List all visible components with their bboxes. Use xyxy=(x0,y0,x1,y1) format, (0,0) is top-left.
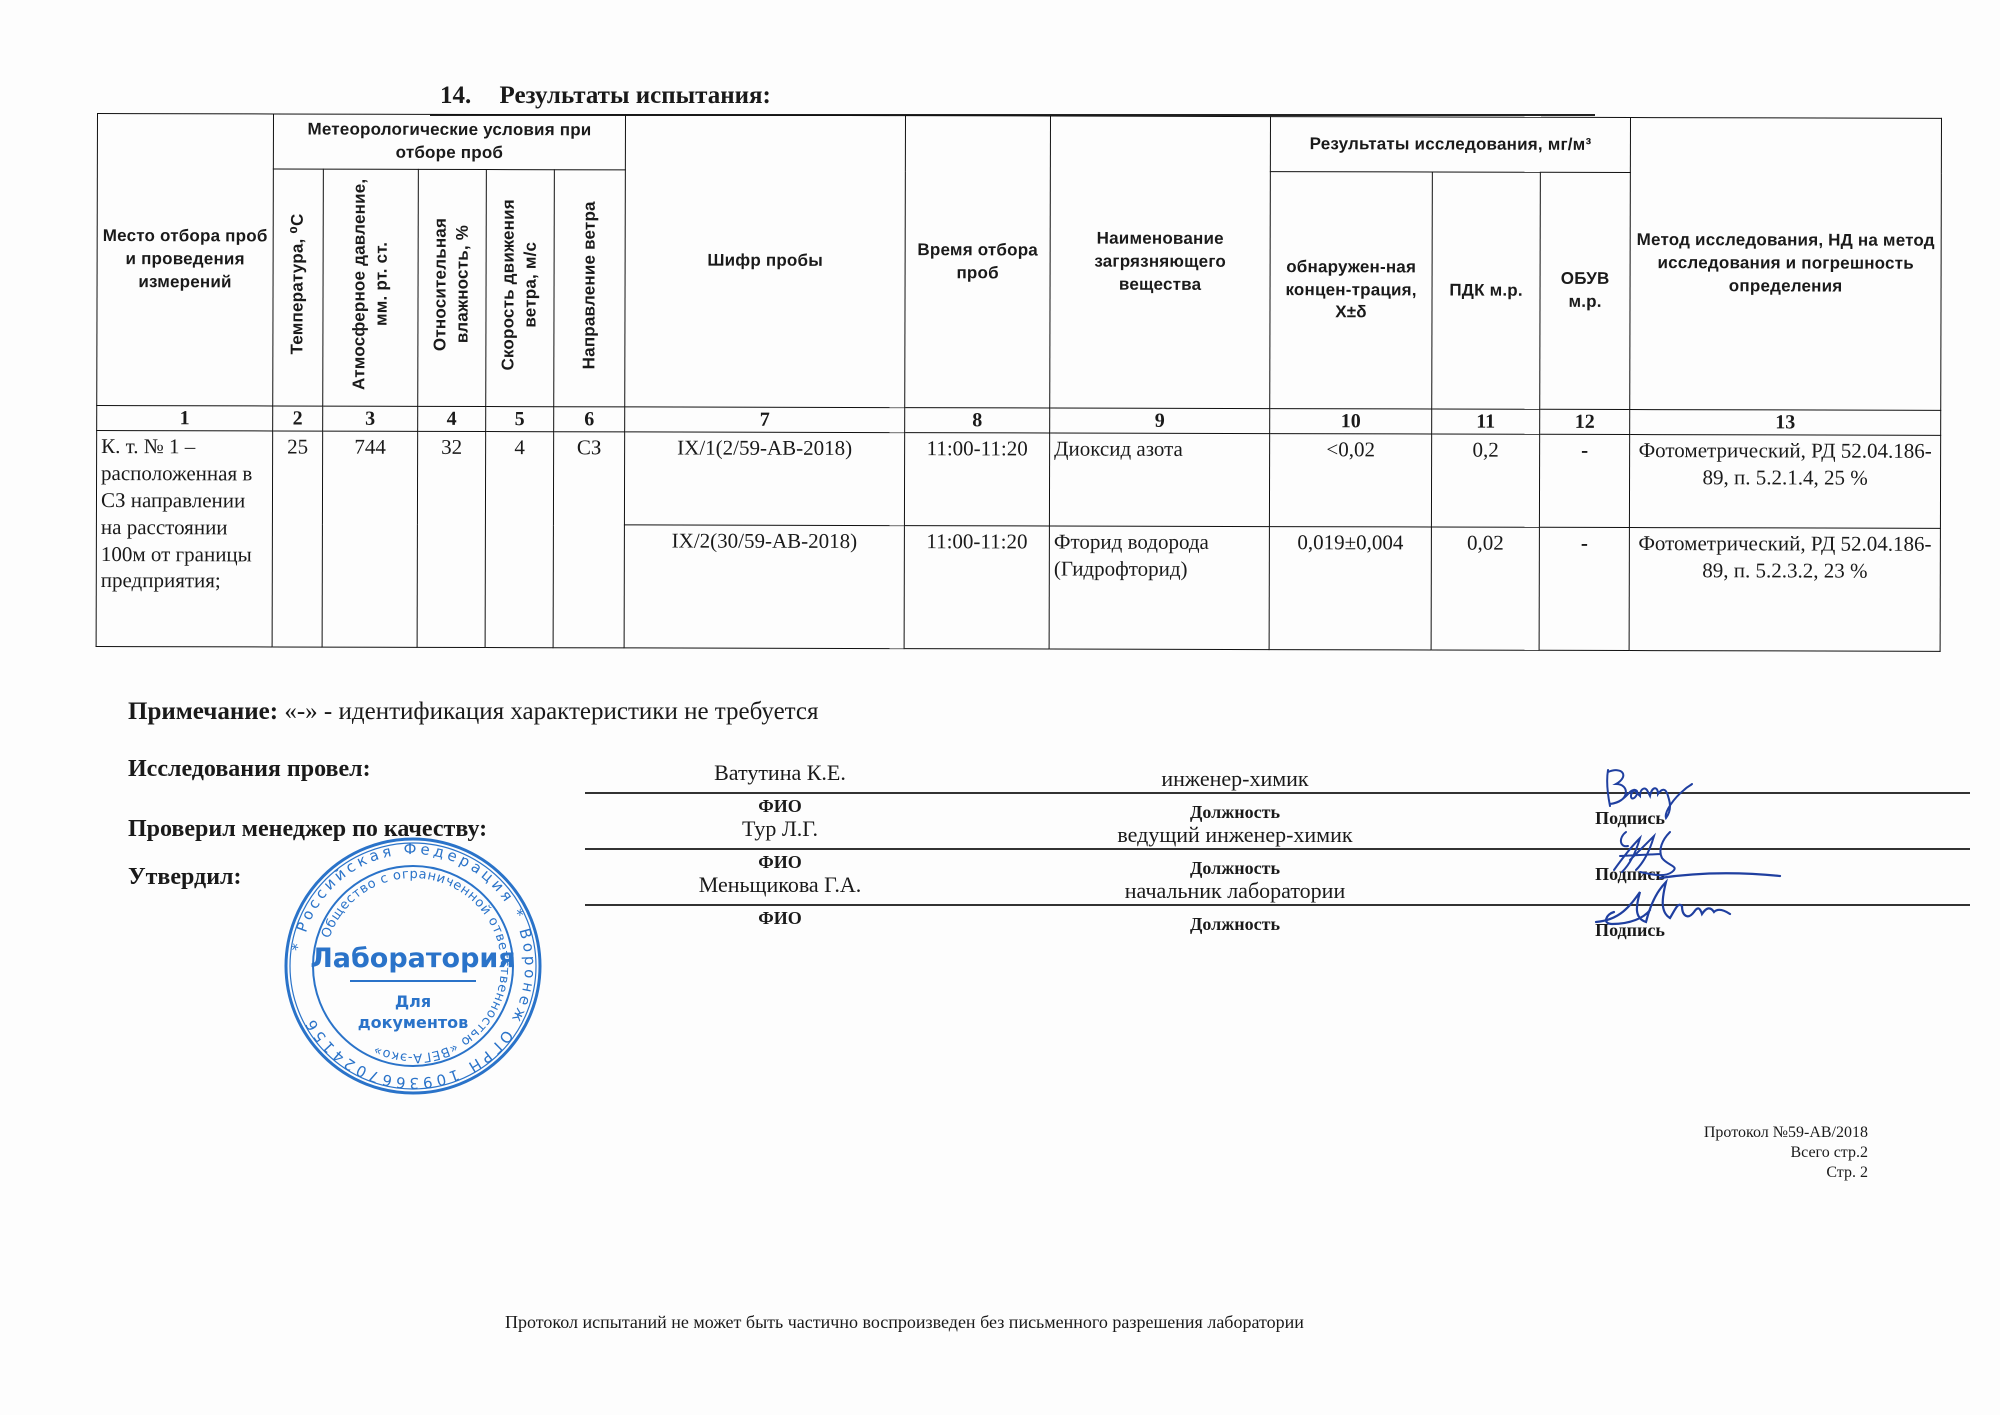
wind-direction-value: СЗ xyxy=(553,432,625,648)
signer-label-researcher: Исследования провел: xyxy=(128,756,371,783)
note-text: «-» - идентификация характеристики не тр… xyxy=(284,698,818,725)
signer-position: инженер-химик xyxy=(975,766,1495,792)
col-num: 8 xyxy=(905,408,1050,433)
obuv-value: - xyxy=(1539,527,1629,650)
col-num: 3 xyxy=(323,406,418,431)
header-place: Место отбора проб и проведения измерений xyxy=(97,114,274,406)
stamp-subtitle-1: Для xyxy=(395,992,431,1011)
note: Примечание: «-» - идентификация характер… xyxy=(128,698,819,726)
col-num: 2 xyxy=(273,406,323,431)
total-pages: Всего стр.2 xyxy=(1704,1143,1868,1163)
laboratory-stamp: * Российская Федерация * Воронеж ОГРН 10… xyxy=(282,835,544,1097)
disclaimer: Протокол испытаний не может быть частичн… xyxy=(505,1312,1304,1333)
col-num: 1 xyxy=(97,406,273,431)
sample-code: IX/2(30/59-АВ-2018) xyxy=(624,525,904,649)
caption-name: ФИО xyxy=(585,908,975,929)
col-num: 9 xyxy=(1050,408,1270,434)
page-info: Протокол №59-АВ/2018 Всего стр.2 Стр. 2 xyxy=(1704,1123,1868,1183)
header-temperature: Температура, ⁰C xyxy=(273,169,324,406)
section-title: 14. Результаты испытания: xyxy=(440,82,771,110)
page-number: Стр. 2 xyxy=(1704,1163,1868,1183)
signer-label-approver: Утвердил: xyxy=(128,864,241,891)
signature-line xyxy=(585,848,1970,850)
sampling-place: К. т. № 1 – расположенная в СЗ направлен… xyxy=(96,431,273,647)
sample-time: 11:00-11:20 xyxy=(904,433,1049,526)
pdk-value: 0,02 xyxy=(1431,527,1539,650)
caption-position: Должность xyxy=(975,802,1495,823)
col-num: 11 xyxy=(1432,409,1540,434)
stamp-title: Лаборатория xyxy=(310,943,515,974)
note-label: Примечание: xyxy=(128,698,278,725)
results-table: Место отбора проб и проведения измерений… xyxy=(96,113,1942,652)
sample-code: IX/1(2/59-АВ-2018) xyxy=(624,432,904,526)
protocol-number: Протокол №59-АВ/2018 xyxy=(1704,1123,1868,1143)
caption-position: Должность xyxy=(975,858,1495,879)
humidity-value: 32 xyxy=(417,431,486,647)
header-method: Метод исследования, НД на метод исследов… xyxy=(1630,118,1942,411)
method-value: Фотометрический, РД 52.04.186-89, п. 5.2… xyxy=(1629,435,1940,529)
stamp-subtitle-2: документов xyxy=(358,1013,469,1032)
header-pollutant: Наименование загрязняющего вещества xyxy=(1050,116,1271,409)
header-wind-direction: Направление ветра xyxy=(554,170,626,407)
signature-line xyxy=(585,792,1970,794)
caption-name: ФИО xyxy=(585,852,975,873)
header-humidity: Относительная влажность, % xyxy=(418,169,487,406)
col-num: 13 xyxy=(1630,410,1941,436)
col-num: 6 xyxy=(554,407,625,432)
header-pressure: Атмосферное давление, мм. рт. ст. xyxy=(323,169,419,406)
temperature-value: 25 xyxy=(272,431,323,647)
pollutant-name: Фторид водорода (Гидрофторид) xyxy=(1049,526,1269,650)
signer-name: Ватутина К.Е. xyxy=(585,760,975,786)
obuv-value: - xyxy=(1539,434,1629,527)
header-sample-code: Шифр пробы xyxy=(625,115,906,408)
section-number: 14. xyxy=(440,82,471,109)
method-value: Фотометрический, РД 52.04.186-89, п. 5.2… xyxy=(1629,528,1940,652)
header-pdk: ПДК м.р. xyxy=(1432,172,1541,409)
pdk-value: 0,2 xyxy=(1431,434,1539,527)
concentration-value: <0,02 xyxy=(1269,434,1431,527)
pressure-value: 744 xyxy=(322,431,418,647)
sample-time: 11:00-11:20 xyxy=(904,526,1049,649)
wind-speed-value: 4 xyxy=(485,432,554,648)
signer-name: Тур Л.Г. xyxy=(585,816,975,842)
signer-position: начальник лаборатории xyxy=(975,878,1495,904)
col-num: 12 xyxy=(1540,409,1630,434)
col-num: 10 xyxy=(1270,409,1432,434)
caption-name: ФИО xyxy=(585,796,975,817)
header-sample-time: Время отбора проб xyxy=(905,116,1051,408)
col-num: 5 xyxy=(486,407,554,432)
section-title-text: Результаты испытания: xyxy=(500,82,771,109)
header-concentration: обнаружен-ная концен-трация, Х±δ xyxy=(1270,172,1433,409)
handwritten-signature-3 xyxy=(1590,866,1790,930)
col-num: 7 xyxy=(625,407,905,433)
signer-position: ведущий инженер-химик xyxy=(975,822,1495,848)
col-num: 4 xyxy=(418,406,486,431)
header-obuv: ОБУВ м.р. xyxy=(1540,172,1631,409)
concentration-value: 0,019±0,004 xyxy=(1269,527,1431,650)
signer-name: Меньщикова Г.А. xyxy=(585,872,975,898)
header-results-group: Результаты исследования, мг/м³ xyxy=(1270,117,1630,173)
table-row: К. т. № 1 – расположенная в СЗ направлен… xyxy=(96,431,1940,529)
header-meteo-group: Метеорологические условия при отборе про… xyxy=(273,114,625,170)
caption-position: Должность xyxy=(975,914,1495,935)
pollutant-name: Диоксид азота xyxy=(1049,433,1269,527)
handwritten-signature-1 xyxy=(1600,762,1700,822)
header-wind-speed: Скорость движения ветра, м/с xyxy=(486,170,555,407)
